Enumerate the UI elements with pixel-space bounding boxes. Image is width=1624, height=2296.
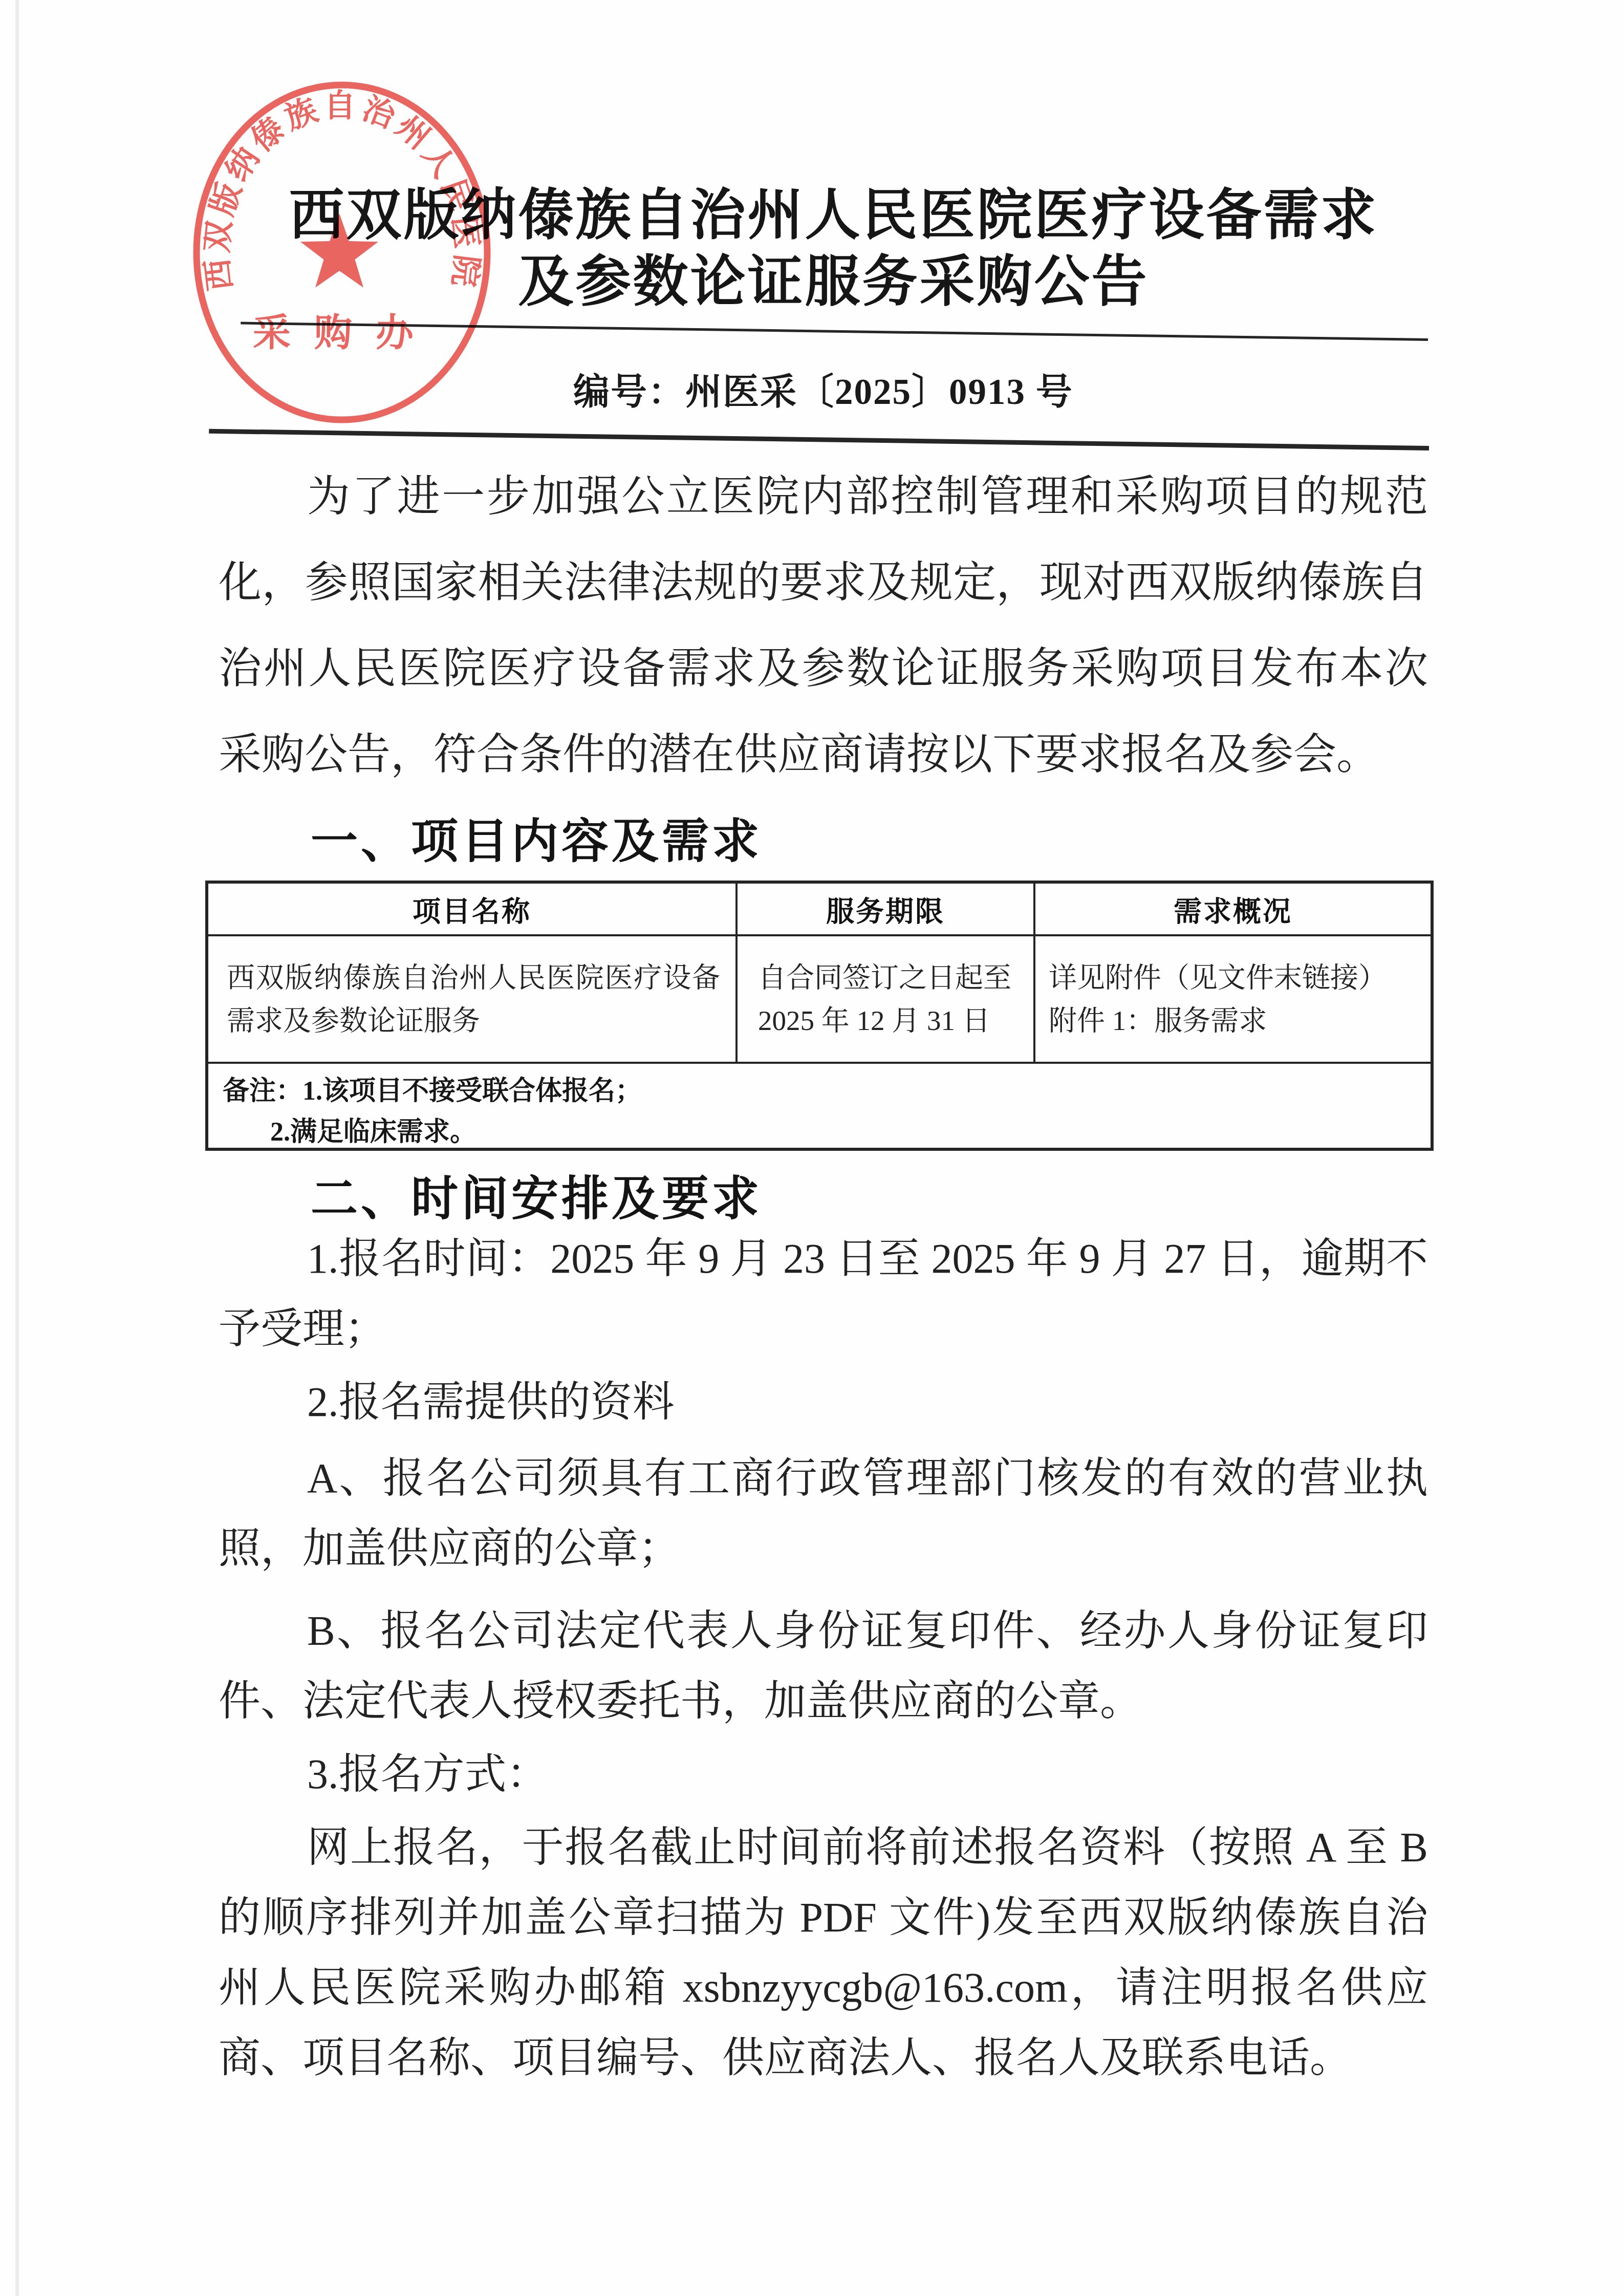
text-line: 照，加盖供应商的公章； <box>219 1513 1428 1583</box>
official-red-stamp: 西双版纳傣族自治州人民医院 采购办 <box>190 81 497 425</box>
text-line: 治州人民医院医疗设备需求及参数论证服务采购项目发布本次 <box>219 626 1428 712</box>
text-line: 3.报名方式： <box>219 1739 1428 1809</box>
text-line: 网上报名，于报名截止时间前将前述报名资料（按照 A 至 B <box>219 1812 1428 1882</box>
text-line: 件、法定代表人授权委托书，加盖供应商的公章。 <box>219 1666 1428 1736</box>
project-table: 项目名称 服务期限 需求概况 西双版纳傣族自治州人民医院医疗设备需求及参数论证服… <box>205 881 1434 1151</box>
text-line: 详见附件（见文件末链接） <box>1049 956 1420 999</box>
column-header-project-name: 项目名称 <box>208 884 735 934</box>
table-note-row: 备注：1.该项目不接受联合体报名； 2.满足临床需求。 <box>208 1064 1431 1148</box>
text-line: 西双版纳傣族自治州人民医院医疗设备 <box>227 956 720 999</box>
table-row: 西双版纳傣族自治州人民医院医疗设备需求及参数论证服务 自合同签订之日起至2025… <box>208 936 1431 1064</box>
scanned-document-page: 西双版纳傣族自治州人民医院医疗设备需求 及参数论证服务采购公告 编号：州医采〔2… <box>0 0 1624 2296</box>
text-line: 附件 1：服务需求 <box>1049 999 1420 1042</box>
table-note-line2: 2.满足临床需求。 <box>270 1112 1418 1153</box>
text-line: 州人民医院采购办邮箱 xsbnzyycgb@163.com，请注明报名供应 <box>219 1952 1428 2023</box>
text-line: A、报名公司须具有工商行政管理部门核发的有效的营业执 <box>219 1443 1428 1513</box>
text-line: 化，参照国家相关法律法规的要求及规定，现对西双版纳傣族自 <box>219 540 1428 626</box>
text-line: 1.报名时间：2025 年 9 月 23 日至 2025 年 9 月 27 日，… <box>219 1224 1428 1294</box>
text-line: B、报名公司法定代表人身份证复印件、经办人身份证复印 <box>219 1596 1428 1666</box>
section2-heading: 二、时间安排及要求 <box>219 1173 1428 1225</box>
table-header-row: 项目名称 服务期限 需求概况 <box>208 884 1431 936</box>
text-line: 采购公告，符合条件的潜在供应商请按以下要求报名及参会。 <box>219 712 1428 798</box>
text-line: 商、项目名称、项目编号、供应商法人、报名人及联系电话。 <box>219 2023 1428 2093</box>
cell-project-name: 西双版纳傣族自治州人民医院医疗设备需求及参数论证服务 <box>208 936 735 1062</box>
table-note-line1: 备注：1.该项目不接受联合体报名； <box>223 1071 1418 1112</box>
cell-service-period: 自合同签订之日起至2025 年 12 月 31 日 <box>735 936 1033 1062</box>
text-line: 2.报名需提供的资料 <box>219 1367 1428 1437</box>
text-line: 自合同签订之日起至 <box>758 956 1023 999</box>
cell-demand-overview: 详见附件（见文件末链接）附件 1：服务需求 <box>1033 936 1431 1062</box>
stamp-graphic: 西双版纳傣族自治州人民医院 采购办 <box>190 81 497 425</box>
text-line: 予受理； <box>219 1294 1428 1364</box>
text-line: 为了进一步加强公立医院内部控制管理和采购项目的规范 <box>219 454 1428 540</box>
section1-heading: 一、项目内容及需求 <box>219 816 1428 867</box>
text-line: 的顺序排列并加盖公章扫描为 PDF 文件)发至西双版纳傣族自治 <box>219 1882 1428 1952</box>
text-line: 需求及参数论证服务 <box>227 999 720 1042</box>
text-line: 2025 年 12 月 31 日 <box>758 999 1023 1042</box>
header-rule-thick <box>209 429 1429 450</box>
column-header-service-period: 服务期限 <box>735 884 1033 934</box>
intro-paragraph: 为了进一步加强公立医院内部控制管理和采购项目的规范化，参照国家相关法律法规的要求… <box>219 454 1428 798</box>
section2-body: 1.报名时间：2025 年 9 月 23 日至 2025 年 9 月 27 日，… <box>219 1224 1428 2093</box>
stamp-bottom-text: 采购办 <box>253 311 437 354</box>
scanner-edge-artifact <box>15 0 19 2296</box>
red-star-icon <box>300 213 378 288</box>
column-header-demand-overview: 需求概况 <box>1033 884 1431 934</box>
